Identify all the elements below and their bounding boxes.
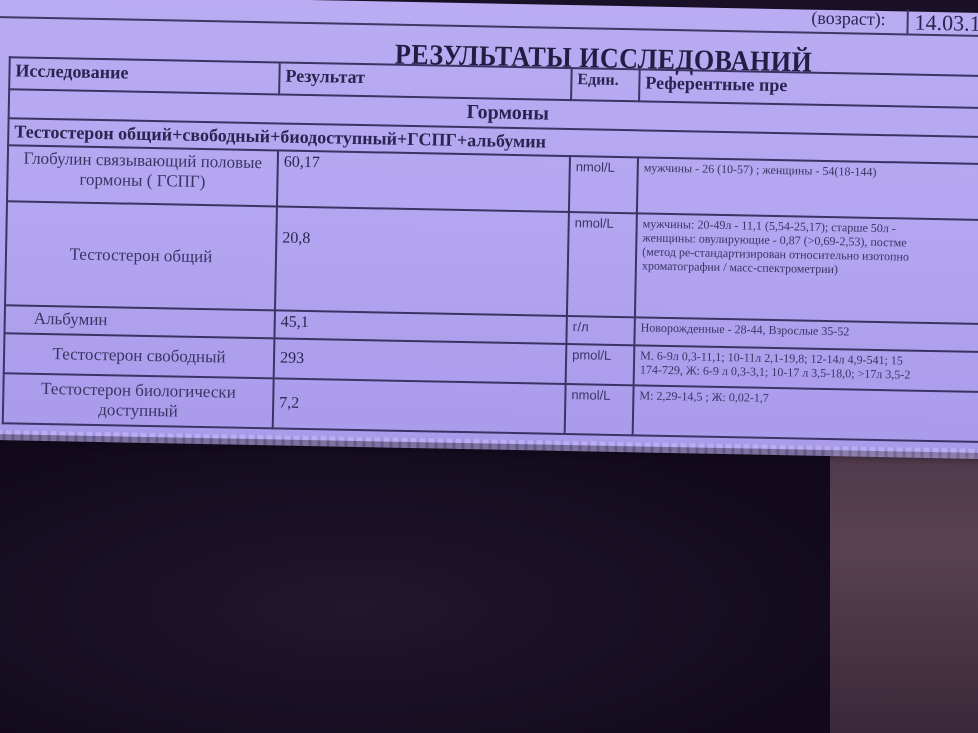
test-value: 60,17 [277, 150, 570, 212]
reference-line: мужчины - 26 (10-57) ; женщины - 54(18-1… [644, 160, 978, 181]
wooden-surface-background [830, 420, 978, 733]
patient-info-strip: (возраст): 14.03.19 [0, 0, 978, 37]
birth-date: 14.03.19 [906, 9, 978, 37]
age-label: (возраст): [811, 8, 886, 30]
column-header-name: Исследование [9, 57, 280, 94]
dark-fabric-background [0, 420, 880, 733]
test-name: Тестостерон общий [5, 201, 277, 310]
test-name: Тестостерон биологически доступный [3, 373, 274, 428]
test-value: 293 [274, 338, 567, 384]
test-unit: nmol/L [569, 156, 638, 213]
lab-results-sheet: (возраст): 14.03.19 РЕЗУЛЬТАТЫ ИССЛЕДОВА… [0, 0, 978, 453]
test-name: Тестостерон свободный [4, 333, 275, 378]
results-table: Исследование Результат Един. Референтные… [2, 56, 978, 443]
test-reference: мужчины: 20-49л - 11,1 (5,54-25,17); ста… [635, 213, 978, 324]
test-value: 20,8 [275, 206, 569, 316]
test-unit: г/л [566, 316, 635, 345]
test-unit: pmol/L [566, 344, 635, 385]
reference-line: Новорожденные - 28-44, Взрослые 35-52 [641, 320, 978, 341]
reference-line: М: 2,29-14,5 ; Ж: 0,02-1,7 [639, 388, 978, 409]
column-header-unit: Един. [571, 68, 640, 101]
test-value: 7,2 [273, 378, 566, 434]
table-row: Тестостерон общий 20,8 nmol/L мужчины: 2… [5, 201, 978, 324]
test-unit: nmol/L [567, 212, 637, 317]
test-reference: мужчины - 26 (10-57) ; женщины - 54(18-1… [637, 157, 978, 220]
test-reference: М: 2,29-14,5 ; Ж: 0,02-1,7 [633, 385, 978, 442]
test-name: Глобулин связывающий половые гормоны ( Г… [7, 145, 278, 206]
test-unit: nmol/L [565, 384, 634, 435]
